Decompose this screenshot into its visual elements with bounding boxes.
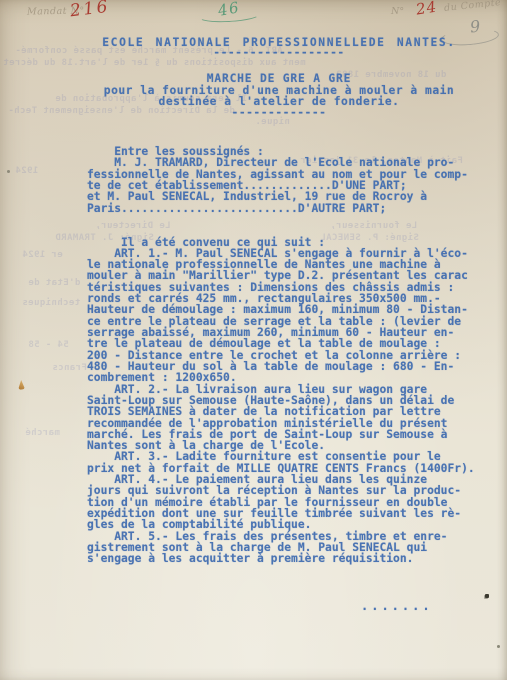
end-dots: .......	[361, 599, 433, 613]
body-line: Hauteur de démoulage : maximum 160, mini…	[87, 304, 487, 315]
compte-no-label: N°	[391, 6, 404, 17]
body-line: M. J. TRAMARD, Directeur de l'Ecole nati…	[87, 157, 487, 168]
body-line: jours qui suivront la réception à Nantes…	[87, 485, 487, 496]
title-block: ECOLE NATIONALE PROFESSIONNELLEDE NANTES…	[48, 37, 507, 118]
mandat-number-handwritten: 216	[69, 0, 111, 21]
body-line: gles de la comptabilité publique.	[87, 519, 487, 530]
body-line: tre le plateau de démoulage et la table …	[87, 338, 487, 349]
paper-stain	[18, 380, 25, 390]
ink-speck	[485, 594, 489, 598]
scanned-document-page: ART. 6.- Le présent marché est passé con…	[0, 0, 507, 680]
compte-number-handwritten: 24	[415, 0, 439, 19]
body-line: et M. Paul SENECAL, Industriel, 19 rue d…	[87, 191, 487, 202]
title-rule-1: ------------------	[48, 48, 507, 58]
document-ink-layer: Mandat N° 216 46 N° 24 du Compte 9 ECOLE…	[0, 0, 507, 680]
folio-underline-flourish	[198, 7, 261, 23]
compte-label: du Compte	[444, 0, 502, 14]
body-text: Entre les soussignés : M. J. TRAMARD, Di…	[87, 146, 487, 565]
title-rule-2: -------------	[48, 108, 507, 118]
body-line: Paris..........................D'AUTRE P…	[87, 203, 487, 214]
edge-speck	[497, 645, 500, 648]
body-line	[87, 225, 487, 236]
body-line: s'engage à les acquitter à première réqu…	[87, 553, 487, 564]
body-line: TROIS SEMAINES à dater de la notificatio…	[87, 406, 487, 417]
margin-speck	[7, 170, 10, 173]
body-line: combrement : 1200x650.	[87, 372, 487, 383]
body-line	[87, 214, 487, 225]
